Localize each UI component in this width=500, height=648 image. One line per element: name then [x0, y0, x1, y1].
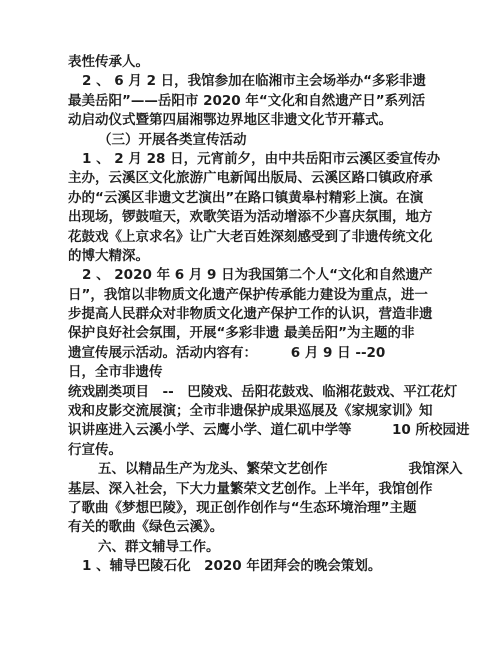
text-line: 1 、辅导巴陵石化 2020 年团拜会的晚会策划。 [68, 557, 450, 576]
text-line: 遗宣传展示活动。活动内容有： 6 月 9 日 --20 [68, 344, 450, 363]
text-line: 动启动仪式暨第四届湘鄂边界地区非遗文化节开幕式。 [68, 111, 450, 130]
text-line: 识讲座进入云溪小学、云鹰小学、道仁矶中学等 10 所校园进 [68, 421, 450, 440]
text-line: 戏和皮影交流展演；全市非遗保护成果巡展及《家规家训》知 [68, 402, 450, 421]
text-line: 1 、 2 月 28 日，元宵前夕，由中共岳阳市云溪区委宣传办 [68, 150, 450, 169]
text-line: 最美岳阳”——岳阳市 2020 年“文化和自然遗产日”系列活 [68, 92, 450, 111]
text-line: 五、以精品生产为龙头、繁荣文艺创作 我馆深入 [68, 460, 450, 479]
text-line: 主办，云溪区文化旅游广电新闻出版局、云溪区路口镇政府承 [68, 169, 450, 188]
text-line: 基层、深入社会，下大力量繁荣文艺创作。上半年，我馆创作 [68, 480, 450, 499]
text-line: 日，全市非遗传 [68, 363, 450, 382]
text-line: 2 、 2020 年 6 月 9 日为我国第二个人“文化和自然遗产 [68, 266, 450, 285]
text-line: （三）开展各类宣传活动 [68, 131, 450, 150]
document-page: 表性传承人。2 、 6 月 2 日，我馆参加在临湘市主会场举办“多彩非遗最美岳阳… [0, 0, 500, 648]
text-line: 办的“云溪区非遗文艺演出”在路口镇黄皋村精彩上演。在演 [68, 189, 450, 208]
text-line: 了歌曲《梦想巴陵》，现正创作创作与“生态环境治理”主题 [68, 499, 450, 518]
text-line: 花鼓戏《上京求名》让广大老百姓深刻感受到了非遗传统文化 [68, 228, 450, 247]
text-line: 六、群文辅导工作。 [68, 538, 450, 557]
text-line: 有关的歌曲《绿色云溪》。 [68, 518, 450, 537]
text-line: 保护良好社会氛围，开展“多彩非遗 最美岳阳”为主题的非 [68, 324, 450, 343]
text-line: 步提高人民群众对非物质文化遗产保护工作的认识，营造非遗 [68, 305, 450, 324]
text-line: 的博大精深。 [68, 247, 450, 266]
text-line: 2 、 6 月 2 日，我馆参加在临湘市主会场举办“多彩非遗 [68, 72, 450, 91]
text-line: 出现场，锣鼓喧天，欢歌笑语为活动增添不少喜庆氛围，地方 [68, 208, 450, 227]
text-line: 行宣传。 [68, 441, 450, 460]
text-line: 统戏剧类项目 -- 巴陵戏、岳阳花鼓戏、临湘花鼓戏、平江花灯 [68, 383, 450, 402]
document-body: 表性传承人。2 、 6 月 2 日，我馆参加在临湘市主会场举办“多彩非遗最美岳阳… [68, 53, 450, 577]
text-line: 表性传承人。 [68, 53, 450, 72]
text-line: 日”，我馆以非物质文化遗产保护传承能力建设为重点，进一 [68, 286, 450, 305]
